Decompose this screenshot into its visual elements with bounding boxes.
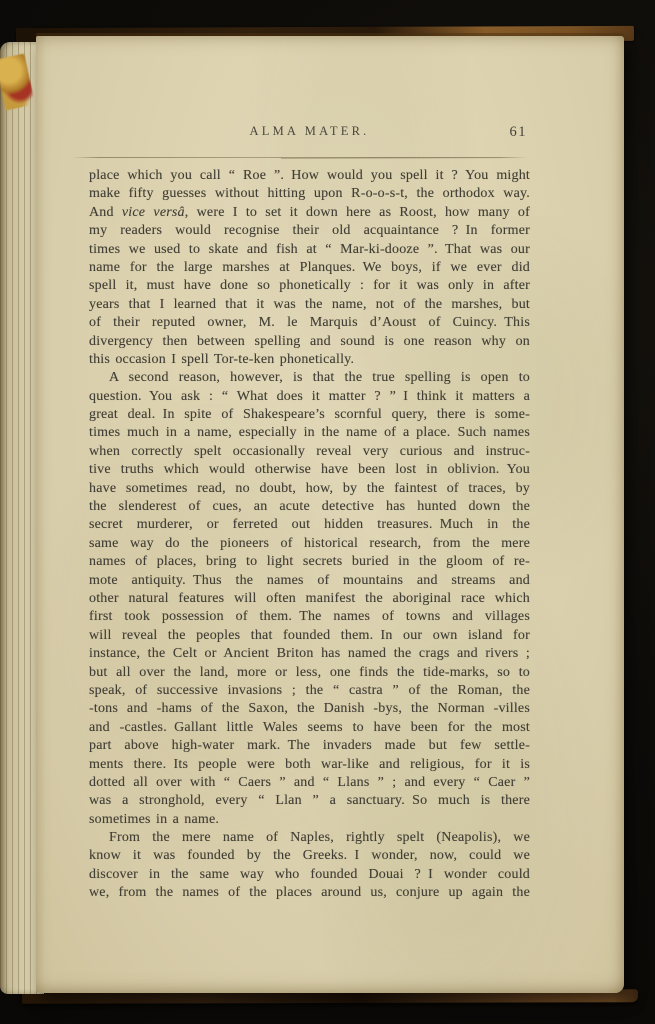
- body-line: tive truths which would otherwise have b…: [89, 461, 530, 479]
- body-line: And vice versâ, were I to set it down he…: [89, 204, 530, 222]
- text-segment: great deal. In spite of Shakespeare’s sc…: [89, 407, 530, 422]
- text-segment: mote antiquity. Thus the names of mounta…: [89, 573, 530, 588]
- page-header: ALMA MATER. 61: [89, 124, 530, 144]
- text-segment: spell it, must have done so phonetically…: [89, 278, 530, 293]
- body-line: ments there. Its people were both war-li…: [89, 756, 530, 774]
- body-line: secret murderer, or ferreted out hidden …: [89, 516, 530, 534]
- text-segment: know it was founded by the Greeks. I won…: [89, 848, 530, 863]
- body-line: speak, of successive invasions ; the “ c…: [89, 682, 530, 700]
- text-segment: same way do the pioneers of historical r…: [89, 536, 530, 551]
- header-rule: [72, 157, 527, 158]
- text-segment: name for the large marshes at Planques. …: [89, 260, 530, 275]
- body-line: spell it, must have done so phonetically…: [89, 277, 530, 295]
- body-line: A second reason, however, is that the tr…: [89, 369, 530, 387]
- text-segment: instance, the Celt or Ancient Briton has…: [89, 646, 530, 661]
- text-segment: times much in a name, especially in the …: [89, 425, 530, 440]
- body-line: make fifty guesses without hitting upon …: [89, 185, 530, 203]
- body-line: place which you call “ Roe ”. How would …: [89, 167, 530, 185]
- text-segment: dotted all over with “ Caers ” and “ Lla…: [89, 775, 530, 790]
- text-segment: when correctly spelt occasionally reveal…: [89, 444, 530, 459]
- text-segment: make fifty guesses without hitting upon …: [89, 186, 530, 201]
- body-line: mote antiquity. Thus the names of mounta…: [89, 572, 530, 590]
- running-title: ALMA MATER.: [89, 124, 530, 139]
- body-line: other natural features will often manife…: [89, 590, 530, 608]
- body-line: was a stronghold, every “ Llan ” a sanct…: [89, 792, 530, 810]
- text-segment: will reveal the peoples that founded the…: [89, 628, 530, 643]
- body-line: same way do the pioneers of historical r…: [89, 535, 530, 553]
- text-segment: sometimes in a name.: [89, 812, 219, 827]
- text-segment: other natural features will often manife…: [89, 591, 530, 606]
- body-line: names of places, bring to light secrets …: [89, 553, 530, 571]
- body-line: my readers would recognise their old acq…: [89, 222, 530, 240]
- text-segment: part above high-water mark. The invaders…: [89, 738, 530, 753]
- text-segment: my readers would recognise their old acq…: [89, 223, 530, 238]
- body-line: this occasion I spell Tor-te-ken phoneti…: [89, 351, 530, 369]
- body-line: of their reputed owner, M. le Marquis d’…: [89, 314, 530, 332]
- body-line: first took possession of them. The names…: [89, 608, 530, 626]
- text-segment: years that I learned that it was the nam…: [89, 297, 530, 312]
- text-segment: A second reason, however, is that the tr…: [109, 370, 530, 385]
- body-line: we, from the names of the places around …: [89, 884, 530, 902]
- body-line: From the mere name of Naples, rightly sp…: [89, 829, 530, 847]
- body-line: know it was founded by the Greeks. I won…: [89, 847, 530, 865]
- text-segment: place which you call “ Roe ”. How would …: [89, 168, 530, 183]
- body-line: but all over the land, more or less, one…: [89, 664, 530, 682]
- text-segment: this occasion I spell Tor-te-ken phoneti…: [89, 352, 354, 367]
- body-line: discover in the same way who founded Dou…: [89, 866, 530, 884]
- text-segment: tive truths which would otherwise have b…: [89, 462, 530, 477]
- text-segment: first took possession of them. The names…: [89, 609, 530, 624]
- text-segment: question. You ask : “ What does it matte…: [89, 389, 530, 404]
- body-line: great deal. In spite of Shakespeare’s sc…: [89, 406, 530, 424]
- text-segment: was a stronghold, every “ Llan ” a sanct…: [89, 793, 530, 808]
- text-segment: the slenderest of cues, an acute detecti…: [89, 499, 530, 514]
- body-line: years that I learned that it was the nam…: [89, 296, 530, 314]
- body-line: divergency then between spelling and sou…: [89, 333, 530, 351]
- text-segment: of their reputed owner, M. le Marquis d’…: [89, 315, 530, 330]
- text-segment: secret murderer, or ferreted out hidden …: [89, 517, 530, 532]
- body-line: instance, the Celt or Ancient Briton has…: [89, 645, 530, 663]
- body-line: -tons and -hams of the Saxon, the Danish…: [89, 700, 530, 718]
- text-segment: speak, of successive invasions ; the “ c…: [89, 683, 530, 698]
- body-line: and -castles. Gallant little Wales seems…: [89, 719, 530, 737]
- text-segment: but all over the land, more or less, one…: [89, 665, 530, 680]
- body-text-block: place which you call “ Roe ”. How would …: [89, 167, 530, 903]
- body-line: times much in a name, especially in the …: [89, 424, 530, 442]
- text-segment: times we used to skate and fish at “ Mar…: [89, 242, 530, 257]
- text-segment: divergency then between spelling and sou…: [89, 334, 530, 349]
- text-segment: , were I to set it down here as Roost, h…: [185, 205, 530, 220]
- text-segment: discover in the same way who founded Dou…: [89, 867, 530, 882]
- body-line: dotted all over with “ Caers ” and “ Lla…: [89, 774, 530, 792]
- body-line: name for the large marshes at Planques. …: [89, 259, 530, 277]
- page-number: 61: [510, 124, 528, 141]
- body-line: part above high-water mark. The invaders…: [89, 737, 530, 755]
- text-segment: And: [89, 205, 122, 220]
- text-segment: names of places, bring to light secrets …: [89, 554, 530, 569]
- text-segment: we, from the names of the places around …: [89, 885, 530, 900]
- body-line: question. You ask : “ What does it matte…: [89, 388, 530, 406]
- body-line: will reveal the peoples that founded the…: [89, 627, 530, 645]
- body-line: the slenderest of cues, an acute detecti…: [89, 498, 530, 516]
- body-line: sometimes in a name.: [89, 811, 530, 829]
- body-line: when correctly spelt occasionally reveal…: [89, 443, 530, 461]
- body-line: times we used to skate and fish at “ Mar…: [89, 241, 530, 259]
- body-line: have sometimes read, no doubt, how, by t…: [89, 480, 530, 498]
- text-segment: have sometimes read, no doubt, how, by t…: [89, 481, 530, 496]
- text-segment: ments there. Its people were both war-li…: [89, 757, 530, 772]
- book-page: ALMA MATER. 61 place which you call “ Ro…: [36, 36, 624, 993]
- text-segment: and -castles. Gallant little Wales seems…: [89, 720, 530, 735]
- italic-phrase: vice versâ: [122, 205, 185, 220]
- text-segment: From the mere name of Naples, rightly sp…: [109, 830, 530, 845]
- text-segment: -tons and -hams of the Saxon, the Danish…: [89, 701, 530, 716]
